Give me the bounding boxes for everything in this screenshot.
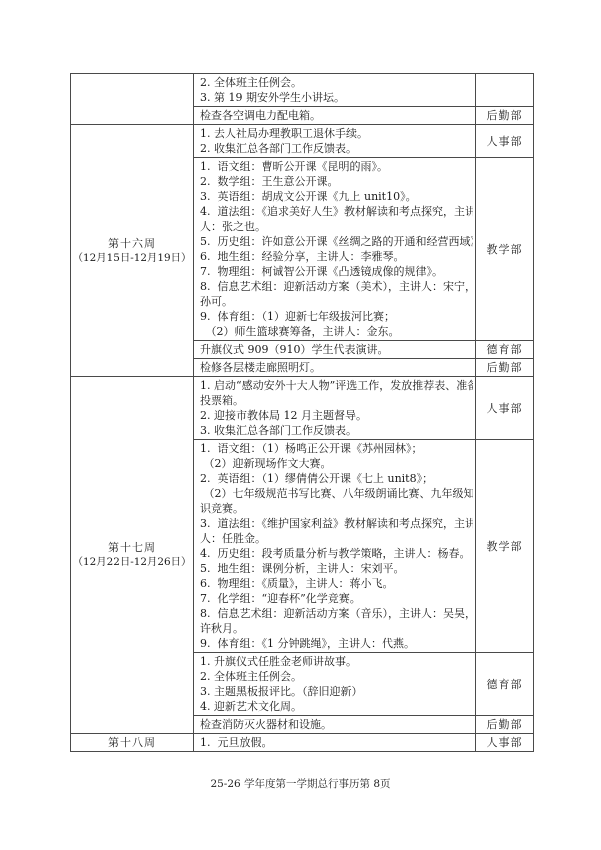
task-line: 9. 体育组：《1 分钟跳绳》，主讲人：代燕。 bbox=[200, 636, 473, 651]
task-line: 6. 物理组：《质量》，主讲人：蒋小飞。 bbox=[200, 576, 473, 591]
task-line: 5. 地生组：课例分析，主讲人：宋刘平。 bbox=[200, 561, 473, 576]
week-cell: 第十八周 bbox=[71, 734, 194, 752]
task-line: 升旗仪式 909（910）学生代表演讲。 bbox=[200, 342, 473, 357]
table-row: 2. 全体班主任例会。3. 第 19 期安外学生小讲坛。 bbox=[71, 74, 534, 107]
task-line: 检查各空调电力配电箱。 bbox=[200, 108, 473, 123]
department-cell: 后勤部 bbox=[476, 359, 534, 377]
task-cell: 检修各层楼走廊照明灯。 bbox=[194, 359, 476, 377]
department-cell bbox=[476, 74, 534, 107]
week-date-range: （12月15日-12月19日） bbox=[72, 251, 192, 266]
task-line: （2）迎新现场作文大赛。 bbox=[200, 456, 473, 471]
task-line: 1. 元旦放假。 bbox=[200, 735, 473, 750]
task-line: 1. 语文组：曹昕公开课《昆明的雨》。 bbox=[200, 159, 473, 174]
week-cell: 第十七周（12月22日-12月26日） bbox=[71, 377, 194, 734]
task-line: 4. 迎新艺术文化周。 bbox=[200, 699, 473, 714]
task-line: 识竞赛。 bbox=[200, 501, 473, 516]
task-line: 3. 收集汇总各部门工作反馈表。 bbox=[200, 423, 473, 438]
department-cell: 后勤部 bbox=[476, 107, 534, 125]
table-row: 第十七周（12月22日-12月26日）1. 启动“感动安外十大人物”评选工作，发… bbox=[71, 377, 534, 440]
page-footer: 25-26 学年度第一学期总行事历第 8页 bbox=[0, 776, 601, 791]
task-line: 4. 道法组：《追求美好人生》教材解读和考点探究，主讲 bbox=[200, 204, 473, 219]
task-line: 7. 化学组：“迎春杯”化学竞赛。 bbox=[200, 591, 473, 606]
task-line: 孙可。 bbox=[200, 294, 473, 309]
department-cell: 德育部 bbox=[476, 653, 534, 716]
task-line: 人：张之也。 bbox=[200, 219, 473, 234]
week-title: 第十六周 bbox=[72, 236, 192, 251]
department-cell: 德育部 bbox=[476, 341, 534, 359]
task-line: 2. 数学组：王生意公开课。 bbox=[200, 174, 473, 189]
week-cell: 第十六周（12月15日-12月19日） bbox=[71, 125, 194, 377]
document-page: 2. 全体班主任例会。3. 第 19 期安外学生小讲坛。检查各空调电力配电箱。后… bbox=[0, 0, 601, 850]
task-line: （2）七年级规范书写比赛、八年级朗诵比赛、九年级知 bbox=[200, 486, 473, 501]
department-cell: 人事部 bbox=[476, 377, 534, 440]
task-cell: 检查消防灭火器材和设施。 bbox=[194, 716, 476, 734]
department-cell: 教学部 bbox=[476, 158, 534, 341]
task-line: 7. 物理组：柯诚智公开课《凸透镜成像的规律》。 bbox=[200, 264, 473, 279]
task-line: （2）师生篮球赛筹备，主讲人：金东。 bbox=[200, 324, 473, 339]
task-cell: 1. 语文组：曹昕公开课《昆明的雨》。2. 数学组：王生意公开课。3. 英语组：… bbox=[194, 158, 476, 341]
task-line: 3. 道法组：《维护国家利益》教材解读和考点探究，主讲 bbox=[200, 516, 473, 531]
week-cell bbox=[71, 74, 194, 125]
task-line: 5. 历史组：许如意公开课《丝绸之路的开通和经营西域》。 bbox=[200, 234, 473, 249]
task-line: 3. 第 19 期安外学生小讲坛。 bbox=[200, 90, 473, 105]
task-line: 许秋月。 bbox=[200, 621, 473, 636]
task-line: 3. 英语组：胡成文公开课《九上 unit10》。 bbox=[200, 189, 473, 204]
task-line: 3. 主题黑板报评比。（辞旧迎新） bbox=[200, 684, 473, 699]
task-line: 1. 启动“感动安外十大人物”评选工作，发放推荐表、准备 bbox=[200, 378, 473, 393]
task-line: 2. 迎接市教体局 12 月主题督导。 bbox=[200, 408, 473, 423]
department-cell: 后勤部 bbox=[476, 716, 534, 734]
task-cell: 1. 升旗仪式任胜金老师讲故事。2. 全体班主任例会。3. 主题黑板报评比。（辞… bbox=[194, 653, 476, 716]
task-cell: 1. 元旦放假。 bbox=[194, 734, 476, 752]
task-line: 2. 全体班主任例会。 bbox=[200, 669, 473, 684]
task-line: 投票箱。 bbox=[200, 393, 473, 408]
task-cell: 检查各空调电力配电箱。 bbox=[194, 107, 476, 125]
task-line: 8. 信息艺术组：迎新活动方案（音乐），主讲人：吴昊， bbox=[200, 606, 473, 621]
task-cell: 升旗仪式 909（910）学生代表演讲。 bbox=[194, 341, 476, 359]
task-cell: 2. 全体班主任例会。3. 第 19 期安外学生小讲坛。 bbox=[194, 74, 476, 107]
task-line: 1. 语文组：（1）杨鸣正公开课《苏州园林》； bbox=[200, 441, 473, 456]
department-cell: 教学部 bbox=[476, 440, 534, 653]
task-line: 4. 历史组：段考质量分析与教学策略，主讲人：杨春。 bbox=[200, 546, 473, 561]
schedule-table: 2. 全体班主任例会。3. 第 19 期安外学生小讲坛。检查各空调电力配电箱。后… bbox=[70, 73, 534, 752]
task-line: 6. 地生组：经验分享，主讲人：李雅琴。 bbox=[200, 249, 473, 264]
table-row: 第十六周（12月15日-12月19日）1. 去人社局办理教职工退休手续。2. 收… bbox=[71, 125, 534, 158]
task-line: 1. 去人社局办理教职工退休手续。 bbox=[200, 126, 473, 141]
table-row: 第十八周1. 元旦放假。人事部 bbox=[71, 734, 534, 752]
task-line: 2. 收集汇总各部门工作反馈表。 bbox=[200, 141, 473, 156]
week-title: 第十七周 bbox=[72, 540, 192, 555]
task-line: 9. 体育组：（1）迎新七年级拔河比赛； bbox=[200, 309, 473, 324]
task-line: 人：任胜金。 bbox=[200, 531, 473, 546]
task-cell: 1. 启动“感动安外十大人物”评选工作，发放推荐表、准备投票箱。2. 迎接市教体… bbox=[194, 377, 476, 440]
task-line: 检查消防灭火器材和设施。 bbox=[200, 717, 473, 732]
schedule-table-body: 2. 全体班主任例会。3. 第 19 期安外学生小讲坛。检查各空调电力配电箱。后… bbox=[71, 74, 534, 752]
task-line: 1. 升旗仪式任胜金老师讲故事。 bbox=[200, 654, 473, 669]
week-title: 第十八周 bbox=[72, 735, 192, 750]
task-line: 2. 全体班主任例会。 bbox=[200, 75, 473, 90]
task-line: 检修各层楼走廊照明灯。 bbox=[200, 360, 473, 375]
task-cell: 1. 去人社局办理教职工退休手续。2. 收集汇总各部门工作反馈表。 bbox=[194, 125, 476, 158]
task-line: 8. 信息艺术组：迎新活动方案（美术），主讲人：宋宁， bbox=[200, 279, 473, 294]
task-cell: 1. 语文组：（1）杨鸣正公开课《苏州园林》； （2）迎新现场作文大赛。2. 英… bbox=[194, 440, 476, 653]
task-line: 2. 英语组：（1）缪倩倩公开课《七上 unit8》； bbox=[200, 471, 473, 486]
department-cell: 人事部 bbox=[476, 125, 534, 158]
department-cell: 人事部 bbox=[476, 734, 534, 752]
week-date-range: （12月22日-12月26日） bbox=[72, 555, 192, 570]
